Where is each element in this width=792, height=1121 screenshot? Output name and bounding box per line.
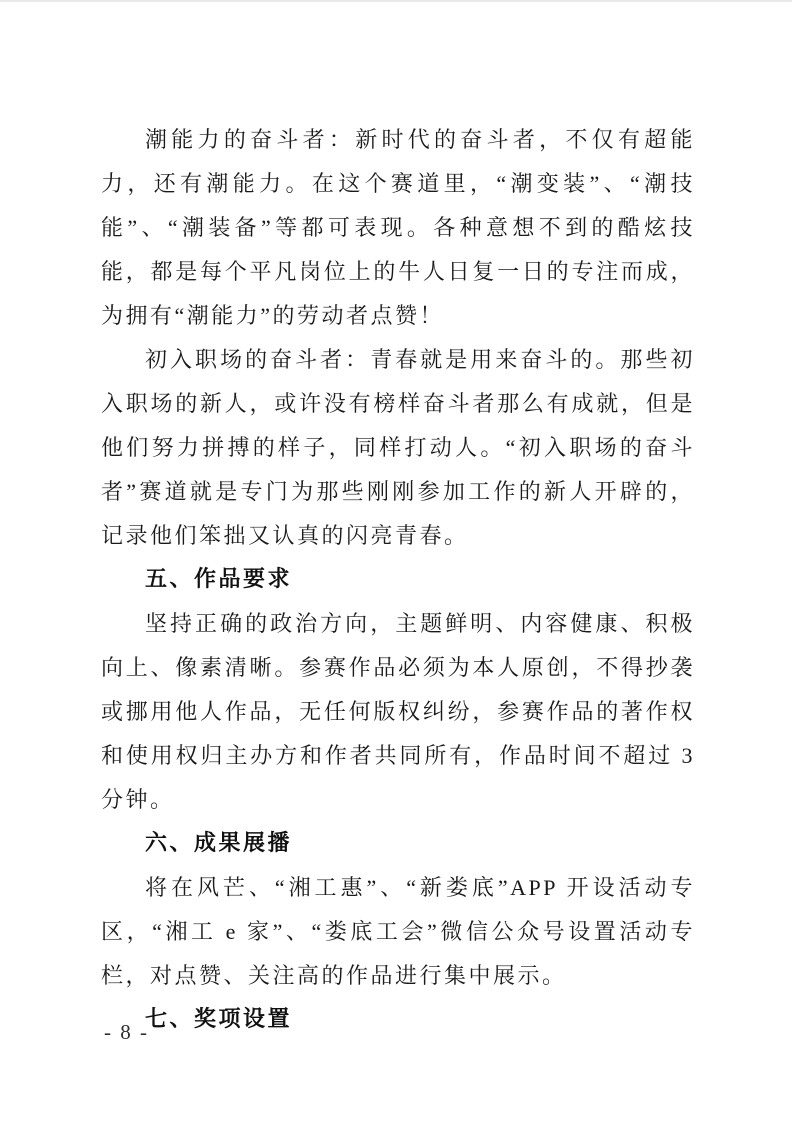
- paragraph: 将在风芒、“湘工惠”、“新娄底”APP 开设活动专区，“湘工 e 家”、“娄底工…: [101, 866, 695, 998]
- section-heading-awards-setup: 七、奖项设置: [101, 998, 695, 1042]
- paragraph: 初入职场的奋斗者：青春就是用来奋斗的。那些初入职场的新人，或许没有榜样奋斗者那么…: [101, 338, 695, 558]
- document-body: 潮能力的奋斗者：新时代的奋斗者，不仅有超能力，还有潮能力。在这个赛道里，“潮变装…: [101, 118, 695, 1042]
- paragraph: 坚持正确的政治方向，主题鲜明、内容健康、积极向上、像素清晰。参赛作品必须为本人原…: [101, 602, 695, 822]
- page-number: - 8 -: [104, 1020, 149, 1044]
- paragraph-text: 新时代的奋斗者，不仅有超能力，还有潮能力。在这个赛道里，“潮变装”、“潮技能”、…: [101, 127, 695, 328]
- document-page: 潮能力的奋斗者：新时代的奋斗者，不仅有超能力，还有潮能力。在这个赛道里，“潮变装…: [0, 0, 792, 1121]
- paragraph-text: 青春就是用来奋斗的。那些初入职场的新人，或许没有榜样奋斗者那么有成就，但是他们努…: [101, 347, 695, 548]
- paragraph-text: 坚持正确的政治方向，主题鲜明、内容健康、积极向上、像素清晰。参赛作品必须为本人原…: [101, 611, 695, 812]
- paragraph-text: 将在风芒、“湘工惠”、“新娄底”APP 开设活动专区，“湘工 e 家”、“娄底工…: [101, 875, 695, 988]
- section-heading-results-broadcast: 六、成果展播: [101, 822, 695, 866]
- scan-edge-artifact: [0, 0, 792, 2]
- paragraph: 潮能力的奋斗者：新时代的奋斗者，不仅有超能力，还有潮能力。在这个赛道里，“潮变装…: [101, 118, 695, 338]
- section-heading-works-requirements: 五、作品要求: [101, 558, 695, 602]
- paragraph-lead: 初入职场的奋斗者：: [145, 347, 370, 372]
- paragraph-lead: 潮能力的奋斗者：: [145, 127, 355, 152]
